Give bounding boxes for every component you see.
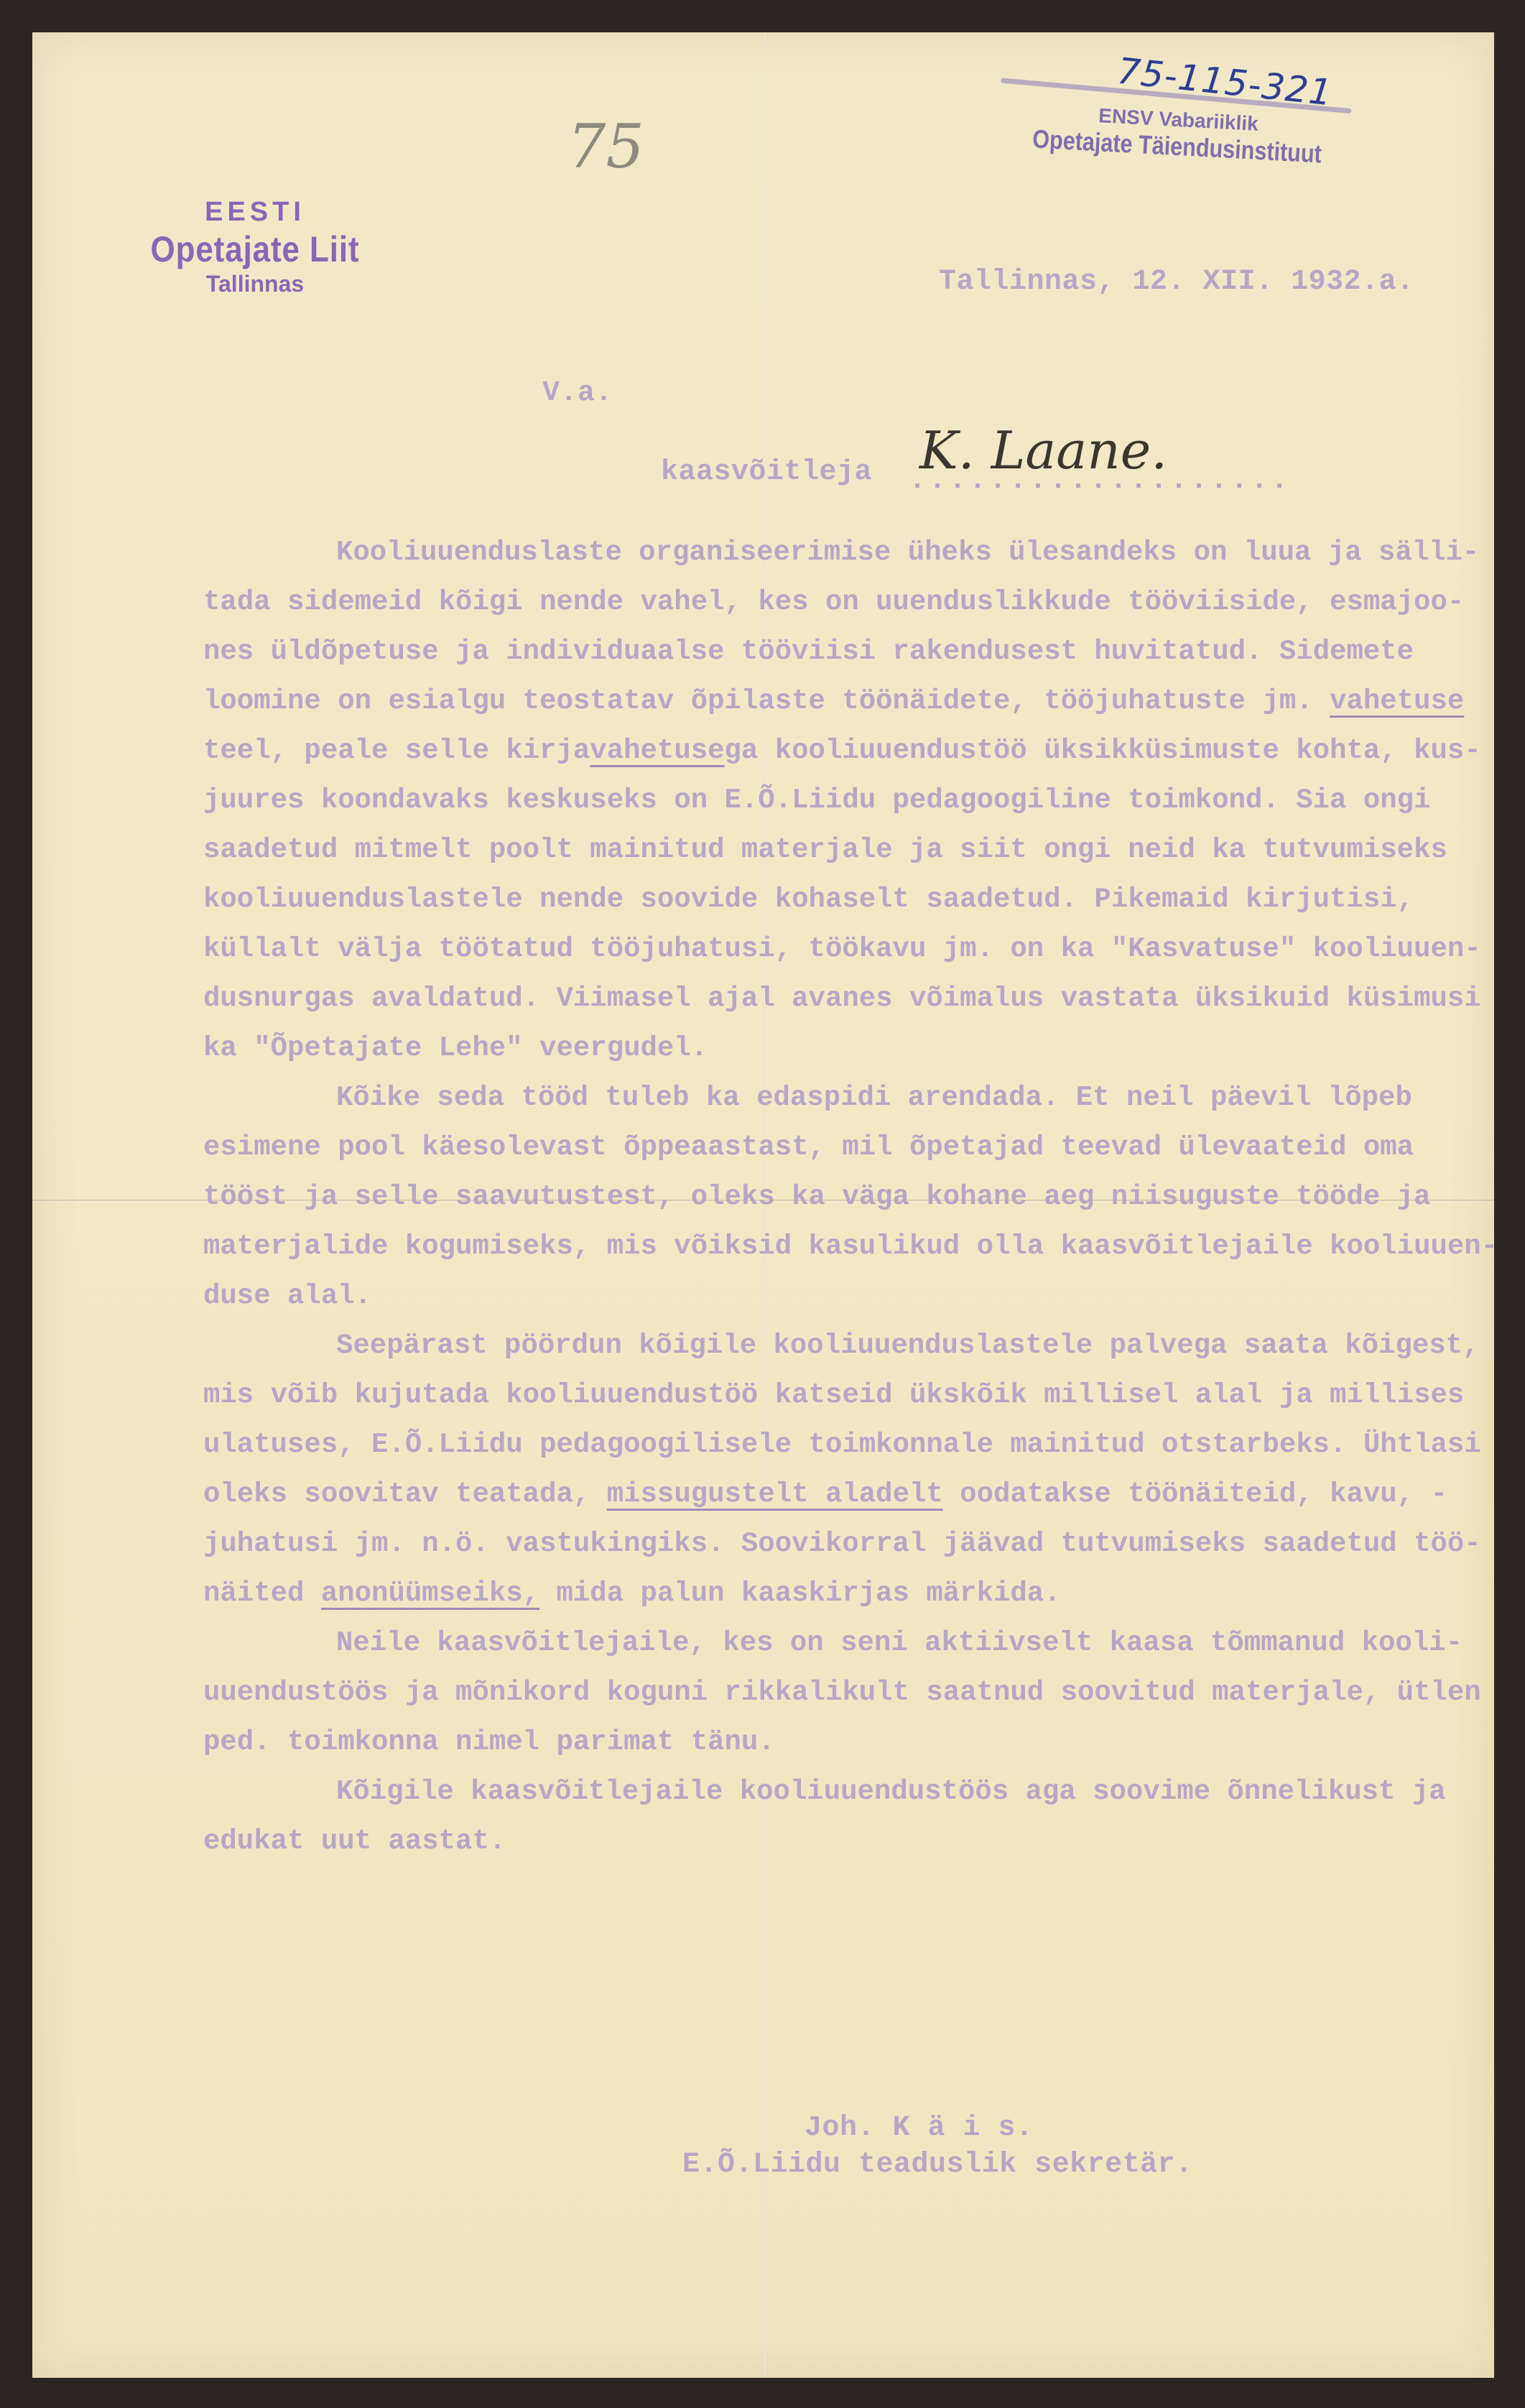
body-line: nes üldõpetuse ja individuaalse tööviisi… <box>203 627 1468 677</box>
signature-block: Joh. K ä i s. E.Õ.Liidu teaduslik sekret… <box>682 2112 1193 2181</box>
letter-body: Kooliuuenduslaste organiseerimise üheks … <box>203 528 1468 1866</box>
salutation: V.a. <box>542 377 613 409</box>
letterhead-stamp: EESTI Opetajate Liit Tallinnas <box>111 196 399 298</box>
body-line: Seepärast pöördun kõigile kooliuuendusla… <box>203 1321 1468 1371</box>
letter-date: Tallinnas, 12. XII. 1932.a. <box>939 266 1414 298</box>
body-line: edukat uut aastat. <box>203 1817 1468 1866</box>
body-line: tööst ja selle saavutustest, oleks ka vä… <box>203 1172 1468 1222</box>
body-line: ulatuses, E.Õ.Liidu pedagoogilisele toim… <box>203 1420 1468 1470</box>
body-line: Kõigile kaasvõitlejaile kooliuuendustöös… <box>203 1767 1468 1817</box>
body-line: ped. toimkonna nimel parimat tänu. <box>203 1718 1468 1767</box>
body-line: loomine on esialgu teostatav õpilaste tö… <box>203 677 1468 726</box>
body-line: kooliuuenduslastele nende soovide kohase… <box>203 875 1468 925</box>
letter-paper: EESTI Opetajate Liit Tallinnas 75 75-115… <box>32 32 1494 2378</box>
body-line: esimene pool käesolevast õppeaastast, mi… <box>203 1123 1468 1172</box>
body-line: mis võib kujutada kooliuuendustöö katsei… <box>203 1371 1468 1420</box>
letterhead-line-1: EESTI <box>111 196 399 228</box>
body-line: Kõike seda tööd tuleb ka edaspidi arenda… <box>203 1073 1468 1123</box>
body-line: teel, peale selle kirjavahetusega kooliu… <box>203 726 1468 776</box>
letterhead-line-3: Tallinnas <box>111 271 399 298</box>
pencil-annotation: 75 <box>567 111 644 182</box>
recipient-name-handwritten: K. Laane. <box>919 420 1167 481</box>
body-line: saadetud mitmelt poolt mainitud materjal… <box>203 825 1468 875</box>
body-line: tada sidemeid kõigi nende vahel, kes on … <box>203 578 1468 627</box>
body-line: dusnurgas avaldatud. Viimasel ajal avane… <box>203 974 1468 1024</box>
body-line: materjalide kogumiseks, mis võiksid kasu… <box>203 1222 1468 1272</box>
signatory-title: E.Õ.Liidu teaduslik sekretär. <box>682 2149 1193 2181</box>
body-line: oleks soovitav teatada, missugustelt ala… <box>203 1470 1468 1519</box>
letterhead-line-2: Opetajate Liit <box>129 228 381 271</box>
body-line: Kooliuuenduslaste organiseerimise üheks … <box>203 528 1468 578</box>
body-line: juhatusi jm. n.ö. vastukingiks. Soovikor… <box>203 1519 1468 1569</box>
body-line: Neile kaasvõitlejaile, kes on seni aktii… <box>203 1619 1468 1668</box>
body-line: duse alal. <box>203 1272 1468 1321</box>
body-line: juures koondavaks keskuseks on E.Õ.Liidu… <box>203 776 1468 825</box>
body-line: ka "Õpetajate Lehe" veergudel. <box>203 1024 1468 1073</box>
body-line: uuendustöös ja mõnikord koguni rikkaliku… <box>203 1668 1468 1718</box>
body-line: küllalt välja töötatud tööjuhatusi, töök… <box>203 925 1468 974</box>
body-line: näited anonüümseiks, mida palun kaaskirj… <box>203 1569 1468 1619</box>
recipient-label: kaasvõitleja <box>661 456 872 488</box>
signatory-name: Joh. K ä i s. <box>682 2112 1193 2144</box>
